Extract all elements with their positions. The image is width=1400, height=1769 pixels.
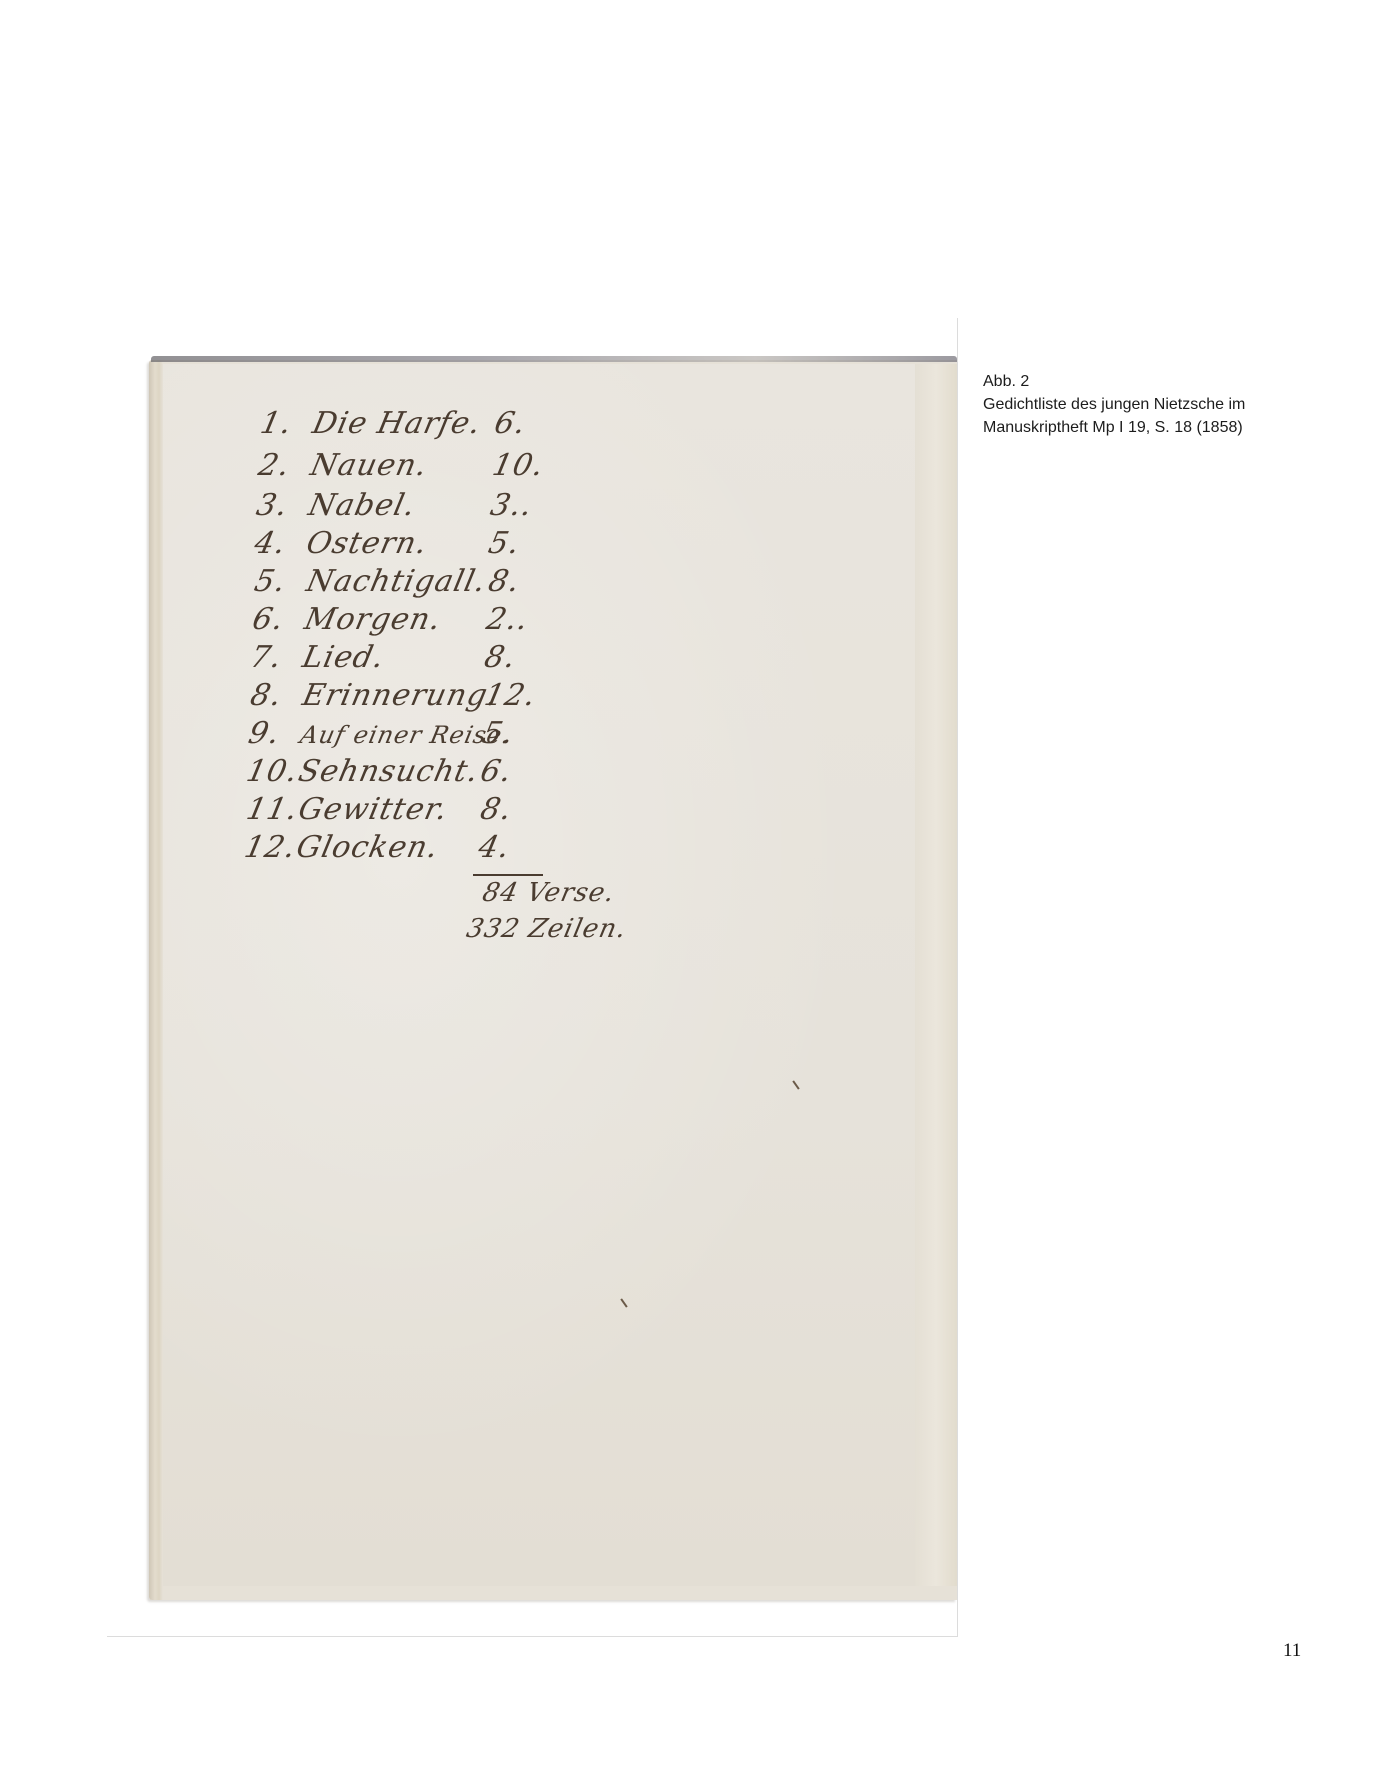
- caption-line-2: Manuskriptheft Mp I 19, S. 18 (1858): [983, 416, 1303, 439]
- manuscript-total-lines: 332 Zeilen.: [464, 914, 630, 944]
- manuscript-page: 1.Die Harfe.6. 2.Nauen.10. 3.Nabel.3.. 4…: [163, 364, 943, 1586]
- ink-mark: [792, 1080, 799, 1089]
- figure-caption: Abb. 2 Gedichtliste des jungen Nietzsche…: [983, 370, 1303, 439]
- manuscript-line: 1.Die Harfe.6.: [257, 406, 529, 441]
- facing-page-edge: [915, 364, 957, 1586]
- manuscript-total-verses: 84 Verse.: [480, 878, 618, 908]
- manuscript-line: 2.Nauen.10.: [255, 448, 547, 483]
- manuscript-line: 11.Gewitter.8.: [243, 792, 515, 827]
- manuscript-line: 6.Morgen.2..: [249, 602, 532, 637]
- manuscript-line: 7.Lied.8.: [247, 640, 519, 675]
- notebook-top-edge: [151, 356, 957, 362]
- manuscript-line: 3.Nabel.3..: [253, 488, 536, 523]
- sum-divider: [473, 874, 543, 876]
- ink-mark: [620, 1298, 627, 1307]
- page-number: 11: [1283, 1640, 1301, 1662]
- manuscript-line: 10.Sehnsucht.6.: [243, 754, 515, 789]
- manuscript-line: 5.Nachtigall.8.: [251, 564, 523, 599]
- caption-line-1: Gedichtliste des jungen Nietzsche im: [983, 393, 1303, 416]
- manuscript-line: 8.Erinnerung.12.: [247, 678, 539, 713]
- manuscript-line: 9.Auf einer Reise.5.: [245, 716, 517, 751]
- caption-label: Abb. 2: [983, 370, 1303, 393]
- manuscript-line: 12.Glocken.4.: [241, 830, 513, 865]
- figure-photo: 1.Die Harfe.6. 2.Nauen.10. 3.Nabel.3.. 4…: [107, 318, 958, 1637]
- manuscript-notebook: 1.Die Harfe.6. 2.Nauen.10. 3.Nabel.3.. 4…: [149, 360, 957, 1600]
- manuscript-line: 4.Ostern.5.: [251, 526, 523, 561]
